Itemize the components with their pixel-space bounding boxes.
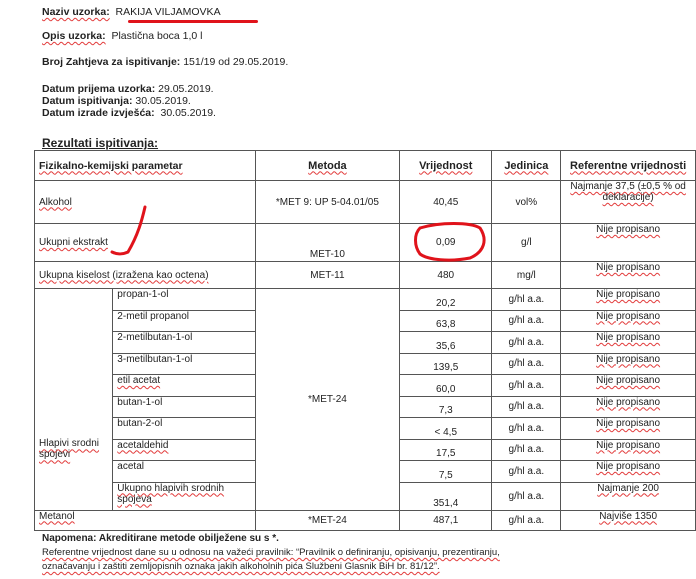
param-cell: Alkohol: [35, 181, 256, 224]
value-cell: 480: [400, 262, 492, 289]
report-label: Datum izrade izvješća:: [42, 107, 155, 119]
unit-cell: mg/l: [492, 262, 561, 289]
received-value: 29.05.2019.: [158, 83, 213, 95]
note-reference-2: označavanju i zaštiti zemljopisnih oznak…: [42, 561, 440, 572]
value-cell: 63,8: [400, 310, 492, 332]
unit-cell: g/hl a.a.: [492, 461, 561, 483]
volatile-method-cell: *MET-24: [255, 289, 399, 511]
unit-cell: g/l: [492, 224, 561, 262]
compound-cell: Ukupno hlapivih srodnih spojeva: [113, 482, 256, 510]
reference-cell: Nije propisano: [561, 461, 696, 483]
reference-cell: Nije propisano: [561, 224, 696, 262]
compound-cell: 2-metil propanol: [113, 310, 256, 332]
unit-cell: g/hl a.a.: [492, 310, 561, 332]
value-cell: 60,0: [400, 375, 492, 397]
report-value: 30.05.2019.: [160, 107, 215, 119]
reference-cell: Najmanje 37,5 (±0,5 % od deklaracije): [561, 181, 696, 224]
value-cell: 7,5: [400, 461, 492, 483]
volatile-group-label: Hlapivi srodni spojevi: [35, 289, 113, 511]
method-cell: MET-11: [255, 262, 399, 289]
note-accredited: Napomena: Akreditirane metode obilježene…: [42, 533, 279, 544]
sample-desc-value: Plastična boca 1,0 l: [111, 30, 202, 42]
param-cell: Metanol: [35, 510, 256, 530]
value-cell: 20,2: [400, 289, 492, 311]
param-cell: Ukupna kiselost (izražena kao octena): [35, 262, 256, 289]
results-title: Rezultati ispitivanja:: [42, 136, 158, 150]
sample-desc-line: Opis uzorka: Plastična boca 1,0 l: [42, 30, 203, 42]
compound-cell: acetal: [113, 461, 256, 483]
reference-cell: Nije propisano: [561, 262, 696, 289]
tested-value: 30.05.2019.: [135, 95, 190, 107]
received-line: Datum prijema uzorka: 29.05.2019.: [42, 83, 214, 95]
compound-cell: acetaldehid: [113, 439, 256, 461]
col-value: Vrijednost: [400, 151, 492, 181]
reference-cell: Nije propisano: [561, 353, 696, 375]
value-cell: 0,09: [400, 224, 492, 262]
report-line: Datum izrade izvješća: 30.05.2019.: [42, 107, 216, 119]
value-cell: 351,4: [400, 482, 492, 510]
compound-cell: propan-1-ol: [113, 289, 256, 311]
table-row: Ukupni ekstraktMET-100,09g/lNije propisa…: [35, 224, 696, 262]
value-cell: 139,5: [400, 353, 492, 375]
sample-desc-label: Opis uzorka:: [42, 30, 106, 42]
param-cell: Ukupni ekstrakt: [35, 224, 256, 262]
reference-cell: Nije propisano: [561, 375, 696, 397]
tested-label: Datum ispitivanja:: [42, 95, 132, 107]
reference-cell: Nije propisano: [561, 439, 696, 461]
unit-cell: g/hl a.a.: [492, 375, 561, 397]
tested-line: Datum ispitivanja: 30.05.2019.: [42, 95, 191, 107]
received-label: Datum prijema uzorka:: [42, 83, 155, 95]
value-cell: 40,45: [400, 181, 492, 224]
request-label: Broj Zahtjeva za ispitivanje:: [42, 56, 180, 68]
compound-cell: etil acetat: [113, 375, 256, 397]
unit-cell: g/hl a.a.: [492, 289, 561, 311]
method-cell: MET-10: [255, 224, 399, 262]
request-value: 151/19 od 29.05.2019.: [183, 56, 288, 68]
value-cell: 487,1: [400, 510, 492, 530]
value-cell: 17,5: [400, 439, 492, 461]
reference-cell: Nije propisano: [561, 418, 696, 440]
note-reference-1: Referentne vrijednost dane su u odnosu n…: [42, 547, 500, 558]
table-row: Ukupna kiselost (izražena kao octena)MET…: [35, 262, 696, 289]
unit-cell: g/hl a.a.: [492, 482, 561, 510]
unit-cell: vol%: [492, 181, 561, 224]
table-header-row: Fizikalno-kemijski parametar Metoda Vrij…: [35, 151, 696, 181]
col-reference: Referentne vrijednosti: [561, 151, 696, 181]
note-accredited-text: Napomena: Akreditirane metode obilježene…: [42, 533, 279, 544]
results-table: Fizikalno-kemijski parametar Metoda Vrij…: [34, 150, 696, 531]
table-row: Alkohol*MET 9: UP 5-04.01/0540,45vol%Naj…: [35, 181, 696, 224]
col-unit: Jedinica: [492, 151, 561, 181]
value-cell: 35,6: [400, 332, 492, 354]
value-cell: < 4,5: [400, 418, 492, 440]
sample-name-label: Naziv uzorka:: [42, 6, 110, 18]
sample-name-line: Naziv uzorka: RAKIJA VILJAMOVKA: [42, 6, 221, 18]
value-cell: 7,3: [400, 396, 492, 418]
unit-cell: g/hl a.a.: [492, 332, 561, 354]
request-line: Broj Zahtjeva za ispitivanje: 151/19 od …: [42, 56, 288, 68]
compound-cell: butan-1-ol: [113, 396, 256, 418]
method-cell: *MET 9: UP 5-04.01/05: [255, 181, 399, 224]
reference-cell: Nije propisano: [561, 289, 696, 311]
reference-cell: Najmanje 200: [561, 482, 696, 510]
unit-cell: g/hl a.a.: [492, 396, 561, 418]
compound-cell: butan-2-ol: [113, 418, 256, 440]
sample-name-value: RAKIJA VILJAMOVKA: [116, 6, 221, 18]
red-underline-annotation: [128, 20, 258, 23]
table-row: Metanol*MET-24487,1g/hl a.a.Najviše 1350: [35, 510, 696, 530]
reference-cell: Najviše 1350: [561, 510, 696, 530]
compound-cell: 2-metilbutan-1-ol: [113, 332, 256, 354]
unit-cell: g/hl a.a.: [492, 353, 561, 375]
reference-cell: Nije propisano: [561, 396, 696, 418]
reference-cell: Nije propisano: [561, 310, 696, 332]
col-method: Metoda: [255, 151, 399, 181]
reference-cell: Nije propisano: [561, 332, 696, 354]
method-cell: *MET-24: [255, 510, 399, 530]
compound-cell: 3-metilbutan-1-ol: [113, 353, 256, 375]
col-parameter: Fizikalno-kemijski parametar: [35, 151, 256, 181]
unit-cell: g/hl a.a.: [492, 510, 561, 530]
unit-cell: g/hl a.a.: [492, 418, 561, 440]
table-row: Hlapivi srodni spojevipropan-1-ol*MET-24…: [35, 289, 696, 311]
unit-cell: g/hl a.a.: [492, 439, 561, 461]
